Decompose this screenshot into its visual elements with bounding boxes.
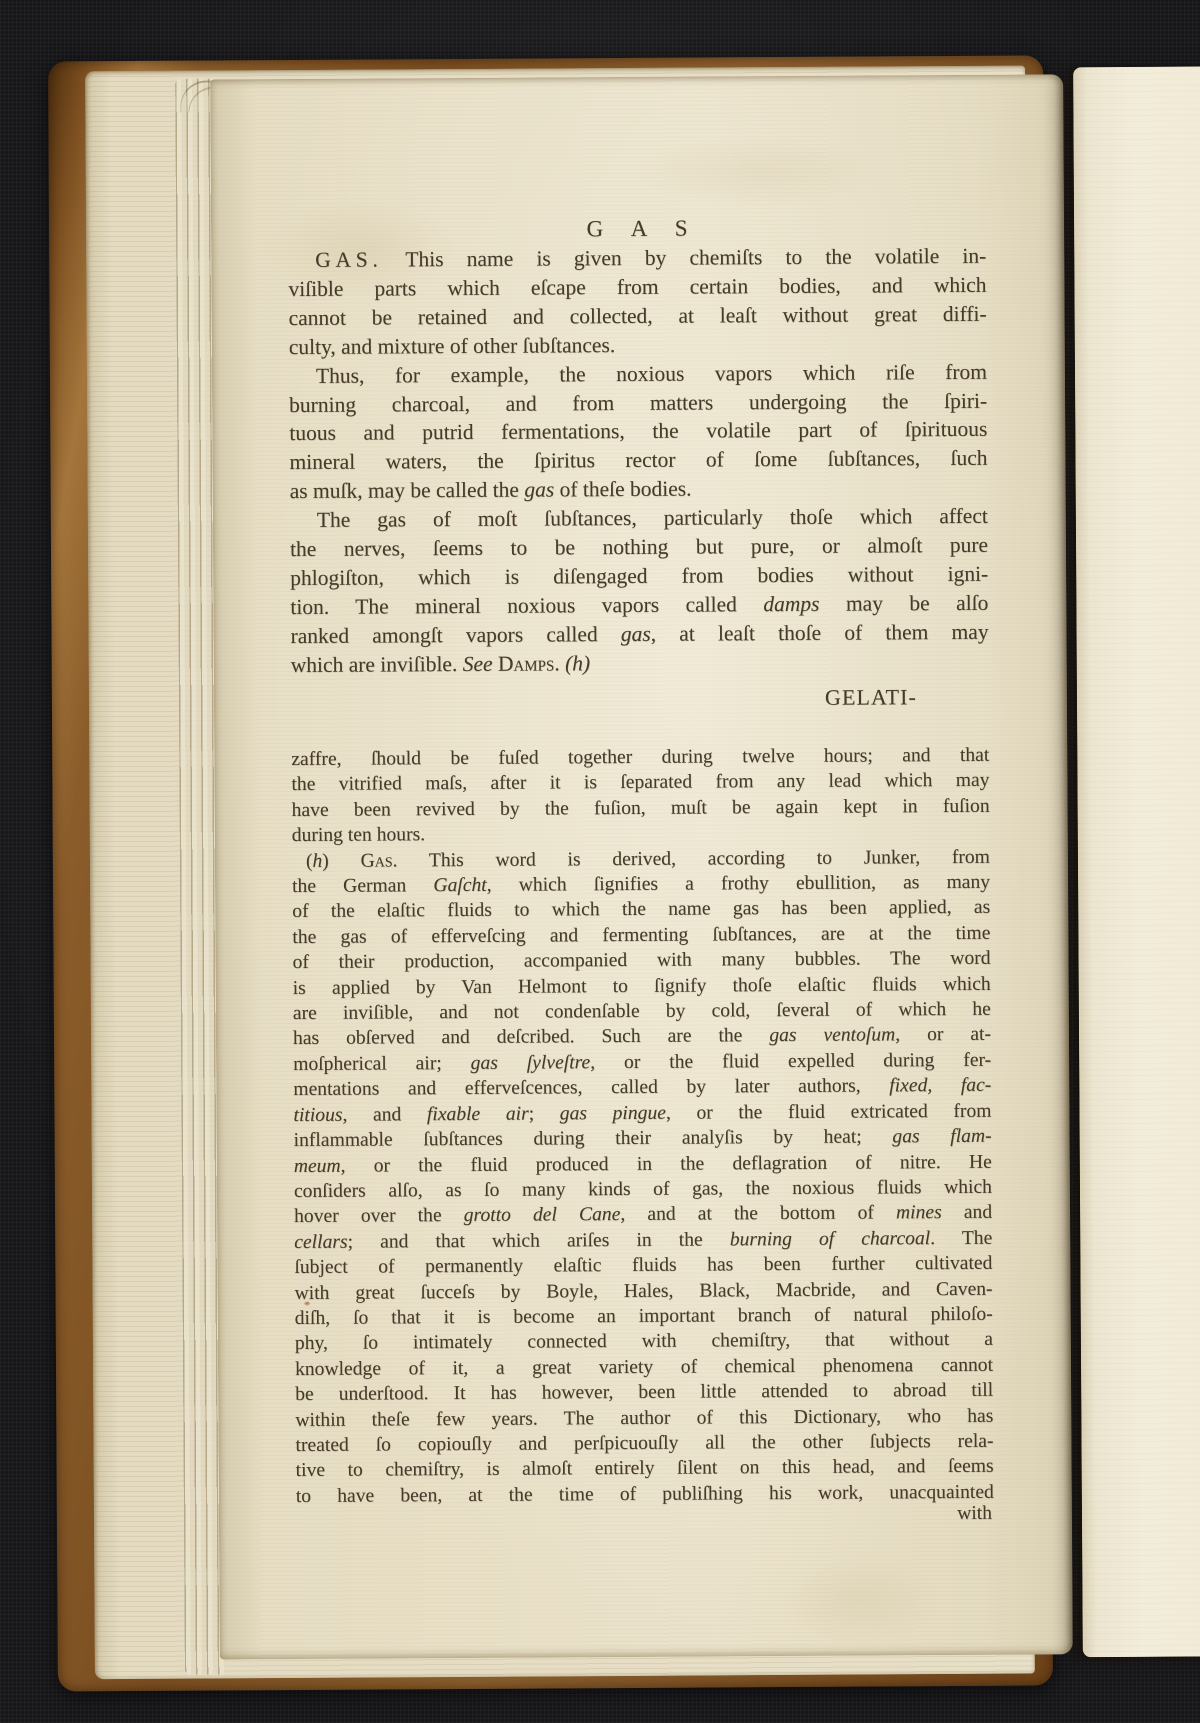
- text-segment: fixable air: [427, 1103, 529, 1125]
- text-segment: The gas of moſt ſubſtances, particularly…: [317, 504, 988, 532]
- footnote-block: zaffre, ſhould be fuſed together during …: [291, 743, 994, 1509]
- text-segment: , or the fluid extricated from: [666, 1100, 992, 1123]
- text-line: viſible parts which eſcape from certain …: [288, 271, 986, 304]
- text-segment: of the elaſtic fluids to which the name …: [292, 897, 990, 922]
- text-segment: during ten hours.: [292, 824, 425, 846]
- text-segment: of their production, accompanied with ma…: [292, 948, 990, 973]
- text-segment: fixed, fac-: [889, 1075, 991, 1097]
- text-line: The gas of moſt ſubſtances, particularly…: [290, 502, 988, 535]
- text-line: GAS. This name is given by chemiſts to t…: [288, 242, 986, 275]
- facing-page-edge: [1073, 66, 1200, 1657]
- text-segment: mentations and efferveſcences, called by…: [293, 1076, 889, 1101]
- text-segment: gas pingue: [560, 1102, 666, 1124]
- text-segment: and: [942, 1202, 993, 1223]
- text-segment: ): [322, 850, 360, 871]
- text-segment: gas: [621, 622, 651, 646]
- text-segment: culty, and mixture of other ſubſtances.: [289, 333, 616, 359]
- text-line: mineral waters, the ſpiritus rector of ſ…: [289, 444, 987, 477]
- text-line: culty, and mixture of other ſubſtances.: [289, 328, 987, 361]
- text-segment: inflammable ſubſtances during their anal…: [294, 1126, 893, 1151]
- text-line: have been revived by the fuſion, muſt be…: [292, 794, 990, 824]
- text-segment: have been revived by the fuſion, muſt be…: [292, 796, 990, 821]
- text-segment: , which ſignifies a frothy ebullition, a…: [487, 872, 990, 896]
- text-segment: ;: [529, 1103, 560, 1124]
- text-segment: GAS.: [315, 247, 382, 271]
- text-segment: hover over the: [294, 1205, 464, 1227]
- text-segment: moſpherical air;: [293, 1053, 471, 1075]
- text-segment: gas ventoſum: [769, 1025, 895, 1047]
- text-segment: (h): [565, 651, 590, 675]
- text-segment: treated ſo copiouſly and perſpicuouſly a…: [295, 1431, 993, 1456]
- text-line: cannot be retained and collected, at lea…: [289, 300, 987, 333]
- text-segment: the vitrified maſs, after it is ſeparate…: [291, 770, 989, 795]
- photograph-of-book-page: { "page": { "running_head": "G A S", "ma…: [0, 0, 1200, 1723]
- text-segment: , or the fluid expelled during fer-: [590, 1050, 991, 1073]
- text-segment: are inviſible, and not condenſable by co…: [293, 999, 991, 1024]
- text-line: tive to chemiſtry, is almoſt entirely ſi…: [296, 1454, 994, 1484]
- text-segment: gas flam-: [892, 1126, 991, 1148]
- text-segment: grotto del Cane: [464, 1204, 621, 1226]
- text-segment: , and at the bottom of: [620, 1203, 896, 1226]
- text-segment: damps: [763, 592, 819, 616]
- text-segment: ranked amongſt vapors called: [290, 622, 620, 648]
- text-segment: tive to chemiſtry, is almoſt entirely ſi…: [296, 1456, 994, 1481]
- text-segment: burning of charcoal: [730, 1228, 931, 1250]
- text-segment: may be alſo: [819, 591, 988, 616]
- text-line: as muſk, may be called the gas of theſe …: [290, 473, 988, 506]
- text-segment: ; and that which ariſes in the: [348, 1229, 730, 1252]
- text-segment: h: [312, 850, 322, 871]
- running-head: G A S: [288, 214, 986, 244]
- text-segment: cellars: [294, 1231, 347, 1252]
- text-segment: with great ſucceſs by Boyle, Hales, Blac…: [295, 1278, 993, 1303]
- text-segment: the German: [292, 875, 433, 897]
- text-segment: as muſk, may be called the: [290, 478, 525, 503]
- text-segment: gas ſylveſtre: [471, 1052, 591, 1074]
- text-segment: the gas of efferveſcing and fermenting ſ…: [292, 923, 990, 948]
- text-line: be underſtood. It has however, been litt…: [295, 1378, 993, 1408]
- text-segment: the nerves, ſeems to be nothing but pure…: [290, 533, 988, 561]
- scanned-page: G A S GAS. This name is given by chemiſt…: [210, 74, 1073, 1659]
- text-line: the nerves, ſeems to be nothing but pure…: [290, 531, 988, 564]
- paper-stain: [779, 1555, 940, 1646]
- text-line: of their production, accompanied with ma…: [292, 946, 990, 976]
- text-segment: mineral waters, the ſpiritus rector of ſ…: [289, 446, 987, 474]
- text-segment: which are inviſible.: [291, 652, 463, 677]
- text-segment: See: [463, 651, 493, 675]
- text-segment: Thus, for example, the noxious vapors wh…: [316, 359, 987, 387]
- text-line: burning charcoal, and from matters under…: [289, 386, 987, 419]
- text-segment: phy, ſo intimately connected with chemiſ…: [295, 1329, 993, 1354]
- text-segment: ſubject of permanently elaſtic fluids ha…: [294, 1253, 992, 1278]
- text-segment: of theſe bodies.: [554, 477, 691, 502]
- text-segment: mines: [896, 1202, 942, 1223]
- text-segment: conſiders alſo, as ſo many kinds of gas,…: [294, 1177, 992, 1202]
- text-segment: be underſtood. It has however, been litt…: [295, 1380, 993, 1405]
- text-segment: titious: [293, 1104, 342, 1125]
- text-segment: is applied by Van Helmont to ſignify tho…: [293, 973, 991, 998]
- text-segment: , or the fluid produced in the deflagrat…: [341, 1151, 992, 1176]
- text-line: inflammable ſubſtances during their anal…: [294, 1124, 992, 1154]
- text-line: which are inviſible. See Damps. (h): [291, 646, 989, 679]
- text-segment: tuous and putrid fermentations, the vola…: [289, 417, 987, 445]
- text-segment: diſh, ſo that it is become an important …: [295, 1304, 993, 1329]
- text-segment: meum: [294, 1155, 341, 1176]
- catchword-with: with: [296, 1503, 994, 1529]
- text-segment: This name is given by chemiſts to the vo…: [382, 244, 986, 272]
- text-segment: , at leaſt thoſe of them may: [651, 620, 989, 646]
- text-segment: cannot be retained and collected, at lea…: [289, 302, 987, 330]
- text-segment: has obſerved and deſcribed. Such are the: [293, 1026, 769, 1050]
- text-line: Thus, for example, the noxious vapors wh…: [289, 357, 987, 390]
- text-segment: phlogiſton, which is diſengaged from bod…: [290, 562, 988, 590]
- text-segment: Gaſcht: [433, 875, 486, 896]
- text-segment: This word is derived, according to Junke…: [397, 846, 990, 871]
- catchword-gelati: GELATI-: [291, 684, 989, 714]
- text-segment: Gas.: [360, 850, 397, 871]
- text-segment: gas: [524, 478, 554, 502]
- text-line: ſubject of permanently elaſtic fluids ha…: [294, 1251, 992, 1281]
- text-segment: tion. The mineral noxious vapors called: [290, 592, 763, 619]
- text-segment: , and: [342, 1104, 427, 1126]
- text-line: mentations and efferveſcences, called by…: [293, 1073, 991, 1103]
- text-segment: zaffre, ſhould be fuſed together during …: [291, 745, 989, 770]
- text-segment: knowledge of it, a great variety of chem…: [295, 1355, 993, 1380]
- text-line: tion. The mineral noxious vapors called …: [290, 589, 988, 622]
- main-text-block: GAS. This name is given by chemiſts to t…: [288, 242, 989, 680]
- text-segment: . The: [930, 1227, 992, 1248]
- open-book: G A S GAS. This name is given by chemiſt…: [40, 48, 1200, 1695]
- text-segment: burning charcoal, and from matters under…: [289, 388, 987, 416]
- text-line: hover over the grotto del Cane, and at t…: [294, 1200, 992, 1230]
- text-segment: Damps.: [498, 651, 560, 675]
- text-line: tuous and putrid fermentations, the vola…: [289, 415, 987, 448]
- text-line: phlogiſton, which is diſengaged from bod…: [290, 560, 988, 593]
- text-segment: viſible parts which eſcape from certain …: [288, 273, 986, 301]
- text-segment: , or at-: [895, 1024, 991, 1046]
- paper-stain: [631, 135, 891, 207]
- text-segment: within theſe few years. The author of th…: [295, 1405, 993, 1430]
- text-line: ranked amongſt vapors called gas, at lea…: [290, 618, 988, 651]
- text-line: phy, ſo intimately connected with chemiſ…: [295, 1327, 993, 1357]
